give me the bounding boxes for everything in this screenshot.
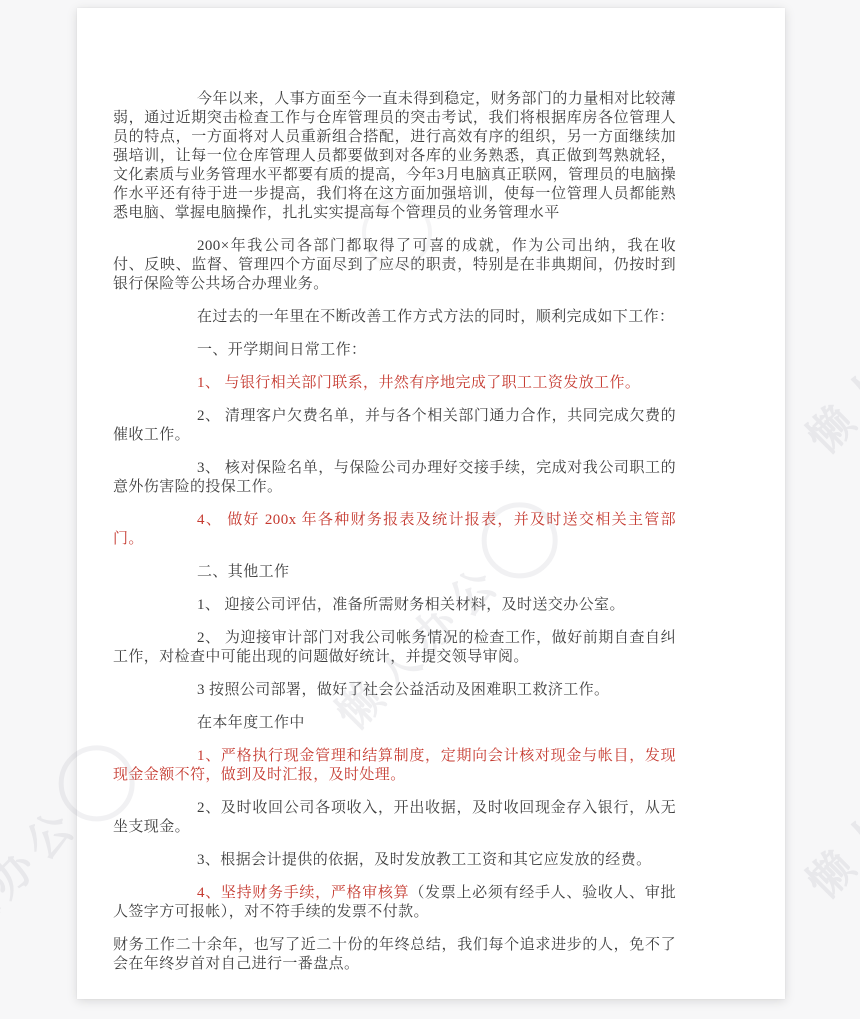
paragraph-closing: 财务工作二十余年，也写了近二十份的年终总结，我们每个追求进步的人，免不了会在年终… <box>113 936 676 974</box>
list-item-red: 4、 做好 200x 年各种财务报表及统计报表，并及时送交相关主管部门。 <box>113 511 676 549</box>
watermark-text: 懒人办公 <box>790 270 860 465</box>
section-heading-2: 二、其他工作 <box>113 563 676 582</box>
list-item-mixed: 4、坚持财务手续，严格审核算（发票上必须有经手人、验收人、审批人签字方可报帐），… <box>113 884 676 922</box>
watermark-text: 懒人办公 <box>790 715 860 910</box>
list-item: 3、根据会计提供的依据，及时发放教工工资和其它应发放的经费。 <box>113 851 676 870</box>
list-item: 3、 核对保险名单，与保险公司办理好交接手续，完成对我公司职工的意外伤害险的投保… <box>113 459 676 497</box>
paragraph-summary: 200×年我公司各部门都取得了可喜的成就，作为公司出纳，我在收付、反映、监督、管… <box>113 237 676 294</box>
list-item: 1、 迎接公司评估，准备所需财务相关材料，及时送交办公室。 <box>113 596 676 615</box>
document-page: 今年以来，人事方面至今一直未得到稳定，财务部门的力量相对比较薄弱，通过近期突击检… <box>77 8 785 999</box>
paragraph-intro: 今年以来，人事方面至今一直未得到稳定，财务部门的力量相对比较薄弱，通过近期突击检… <box>113 90 676 223</box>
watermark: 懒人办公 <box>784 654 860 916</box>
list-item: 3 按照公司部署，做好了社会公益活动及困难职工救济工作。 <box>113 681 676 700</box>
section-heading-1: 一、开学期间日常工作： <box>113 341 676 360</box>
document-content: 今年以来，人事方面至今一直未得到稳定，财务部门的力量相对比较薄弱，通过近期突击检… <box>77 8 785 1014</box>
list-item-red: 1、严格执行现金管理和结算制度，定期向会计核对现金与帐目，发现现金金额不符，做到… <box>113 747 676 785</box>
document-viewer: 今年以来，人事方面至今一直未得到稳定，财务部门的力量相对比较薄弱，通过近期突击检… <box>0 0 860 1019</box>
list-item-red-part: 4、坚持财务手续，严格审核算 <box>197 885 409 901</box>
watermark: 懒人办公 <box>784 209 860 471</box>
paragraph-lead-in: 在过去的一年里在不断改善工作方式方法的同时，顺利完成如下工作： <box>113 308 676 327</box>
list-item: 2、 为迎接审计部门对我公司帐务情况的检查工作，做好前期自查自纠工作，对检查中可… <box>113 629 676 667</box>
list-item: 2、 清理客户欠费名单，并与各个相关部门通力合作，共同完成欠费的催收工作。 <box>113 407 676 445</box>
list-item: 2、及时收回公司各项收入，开出收据，及时收回现金存入银行，从无坐支现金。 <box>113 799 676 837</box>
list-item-red: 1、 与银行相关部门联系，井然有序地完成了职工工资发放工作。 <box>113 374 676 393</box>
section-heading-3: 在本年度工作中 <box>113 714 676 733</box>
